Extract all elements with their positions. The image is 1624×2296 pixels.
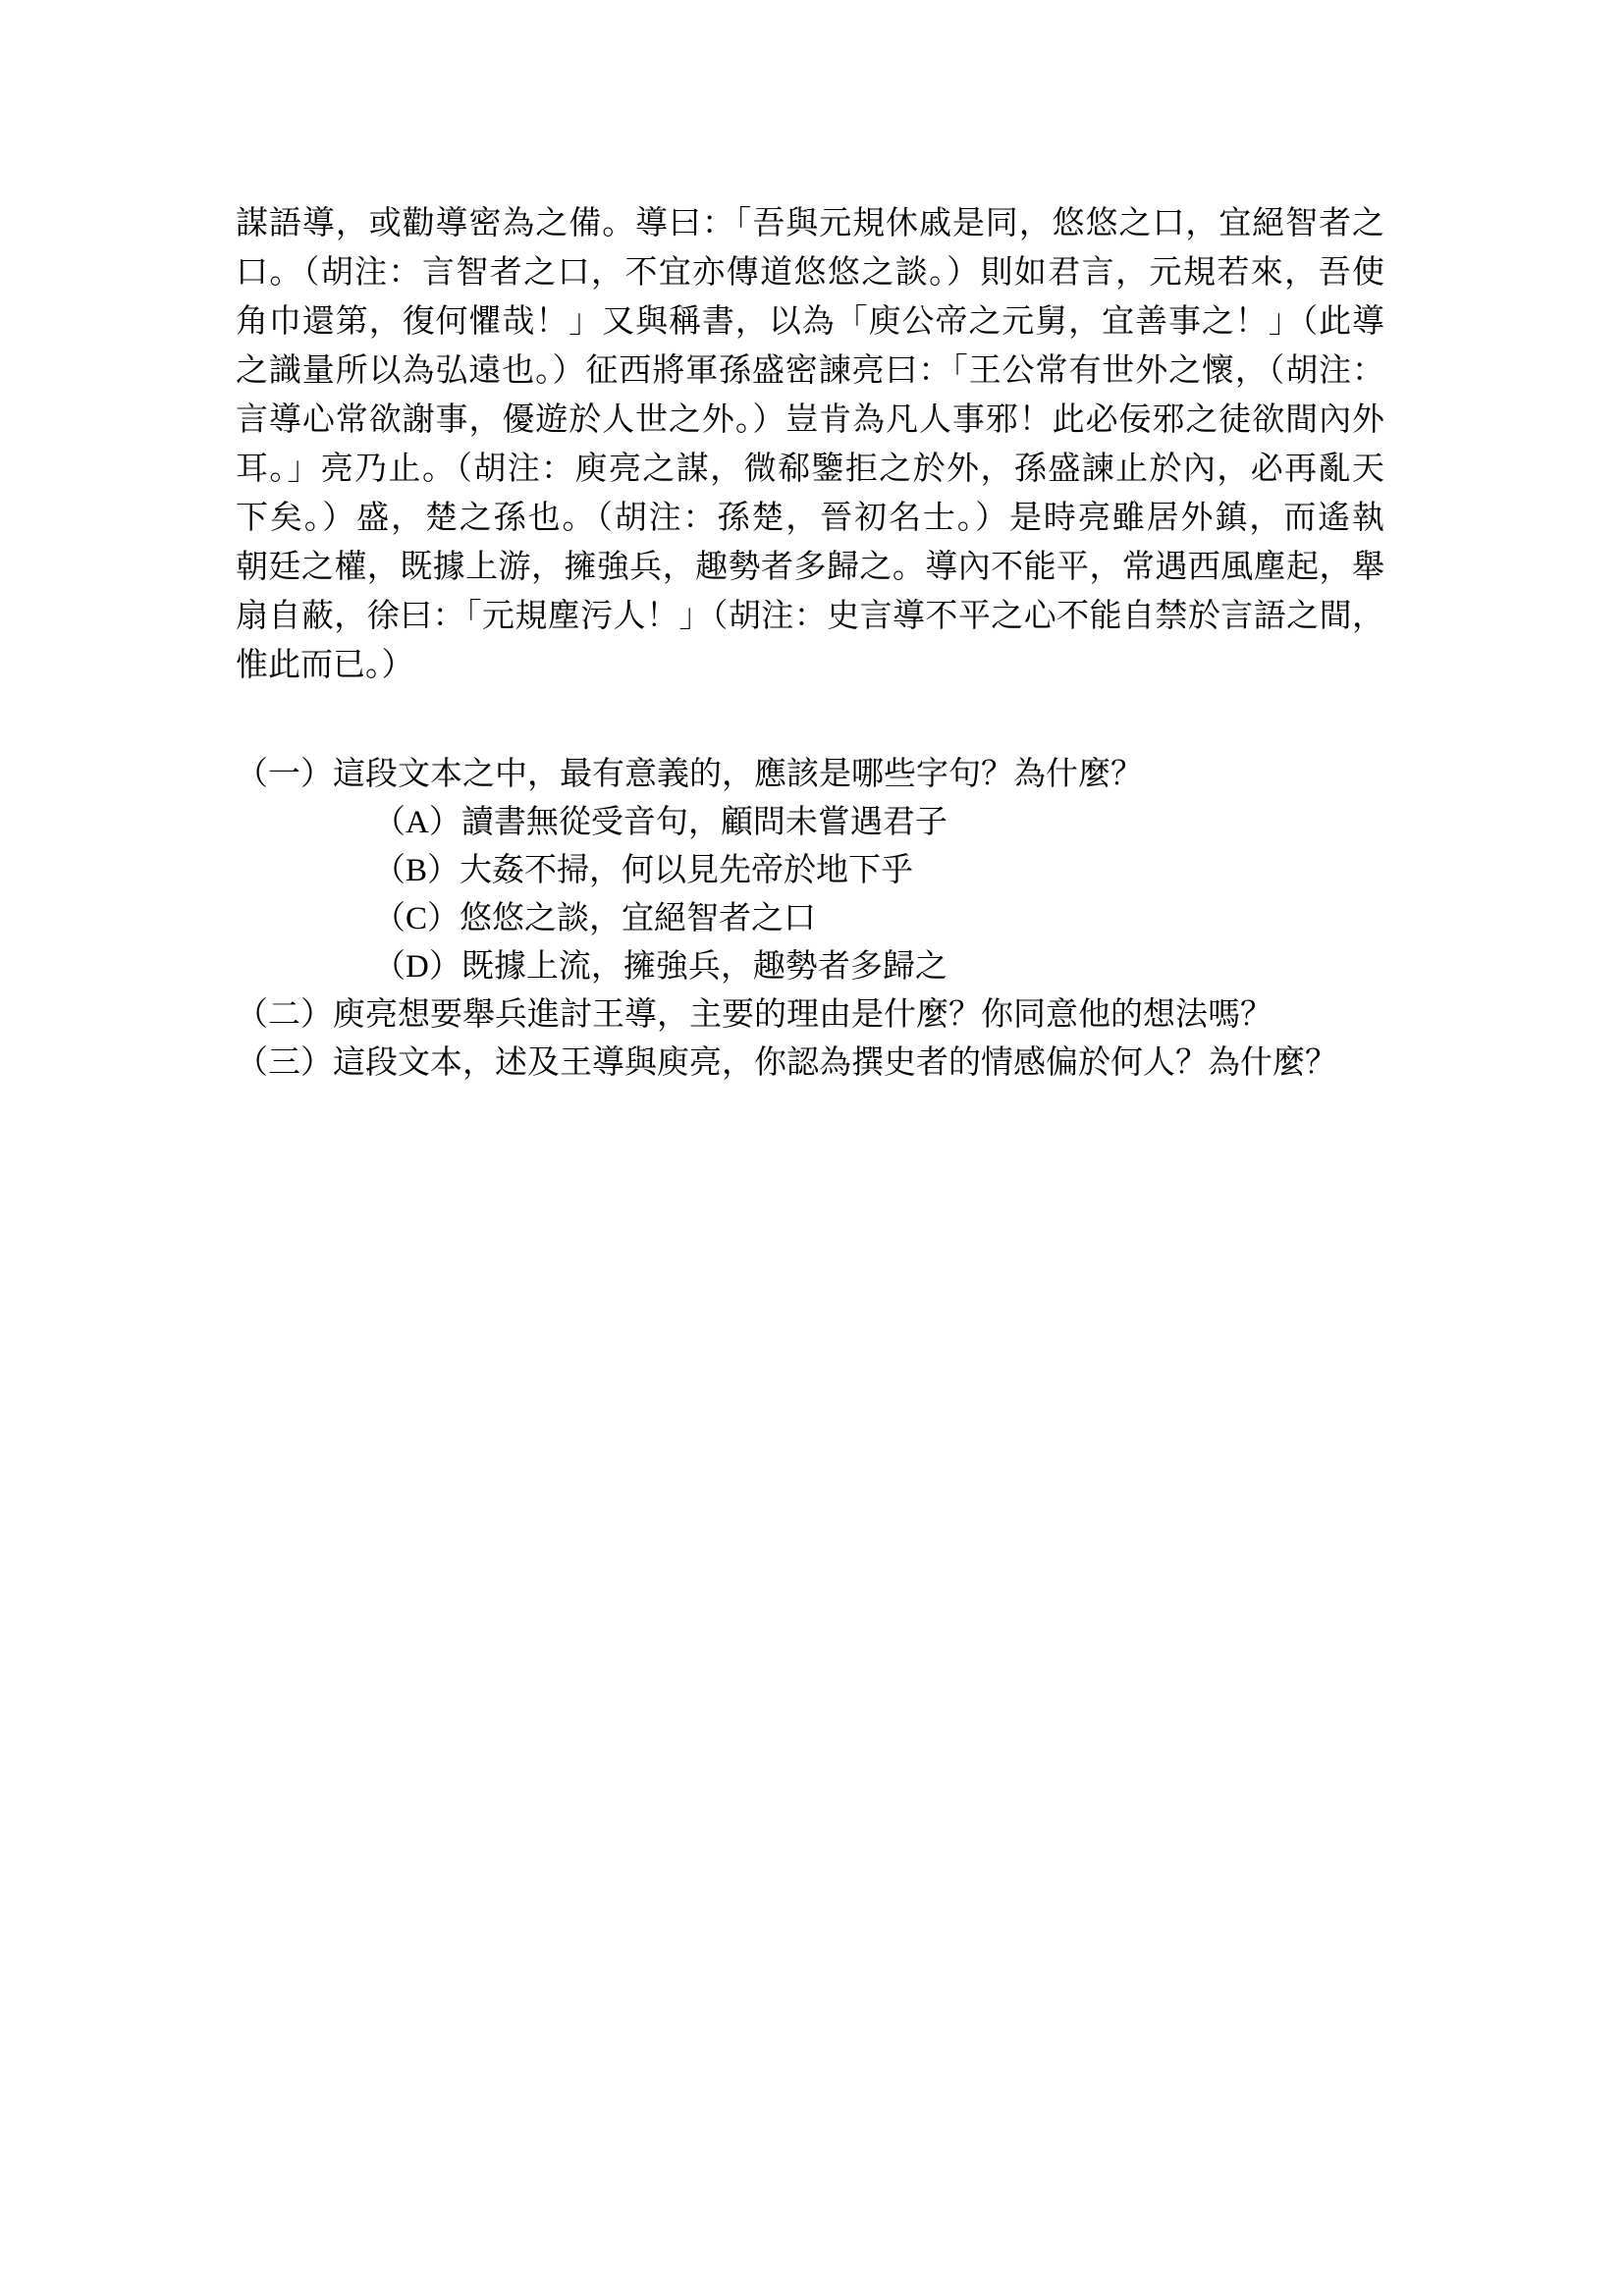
- question-2: （二）庾亮想要舉兵進討王導，主要的理由是什麼？你同意他的想法嗎？: [236, 991, 1384, 1040]
- question-3: （三）這段文本，述及王導與庾亮，你認為撰史者的情感偏於何人？為什麼？: [236, 1040, 1384, 1088]
- question-1-option-A: （A）讀書無從受音句，顧問未嘗遇君子: [236, 799, 1384, 847]
- question-number: （二）: [236, 997, 333, 1033]
- text-block: 謀語導，或勸導密為之備。導曰：「吾與元規休戚是同，悠悠之口，宜絕智者之口。（胡注…: [236, 199, 1384, 1088]
- paragraph-line: 言導心常欲謝事，優遊於人世之外。）豈肯為凡人事邪！此必佞邪之徒欲間內外: [236, 396, 1384, 445]
- question-1-option-B: （B）大姦不掃，何以見先帝於地下乎: [236, 847, 1384, 895]
- question-text: 庾亮想要舉兵進討王導，主要的理由是什麼？你同意他的想法嗎？: [333, 997, 1272, 1033]
- paragraph-line: 扇自蔽，徐曰：「元規塵污人！」（胡注：史言導不平之心不能自禁於言語之間，: [236, 592, 1384, 641]
- question-number: （一）: [236, 757, 333, 792]
- option-letter: （B）: [373, 853, 460, 888]
- option-text: 既據上流，擁強兵，趣勢者多歸之: [461, 949, 947, 985]
- paragraph-line: 之識量所以為弘遠也。）征西將軍孫盛密諫亮曰：「王公常有世外之懷，（胡注：: [236, 347, 1384, 396]
- paragraph-line: 耳。」亮乃止。（胡注：庾亮之謀，微郗鑒拒之於外，孫盛諫止於內，必再亂天: [236, 445, 1384, 494]
- option-letter: （A）: [373, 805, 461, 840]
- option-text: 大姦不掃，何以見先帝於地下乎: [460, 853, 913, 888]
- paragraph-line: 謀語導，或勸導密為之備。導曰：「吾與元規休戚是同，悠悠之口，宜絕智者之: [236, 199, 1384, 248]
- option-text: 讀書無從受音句，顧問未嘗遇君子: [461, 805, 947, 840]
- classical-text-paragraph: 謀語導，或勸導密為之備。導曰：「吾與元規休戚是同，悠悠之口，宜絕智者之口。（胡注…: [236, 199, 1384, 690]
- document-page: 謀語導，或勸導密為之備。導曰：「吾與元規休戚是同，悠悠之口，宜絕智者之口。（胡注…: [0, 0, 1624, 2296]
- question-1: （一）這段文本之中，最有意義的，應該是哪些字句？為什麼？: [236, 751, 1384, 799]
- question-1-option-C: （C）悠悠之談，宜絕智者之口: [236, 895, 1384, 943]
- option-text: 悠悠之談，宜絕智者之口: [460, 901, 816, 936]
- question-1-option-D: （D）既據上流，擁強兵，趣勢者多歸之: [236, 943, 1384, 991]
- option-letter: （C）: [373, 901, 460, 936]
- option-letter: （D）: [373, 949, 461, 985]
- paragraph-line: 朝廷之權，既據上游，擁強兵，趣勢者多歸之。導內不能平，常遇西風塵起，舉: [236, 543, 1384, 592]
- paragraph-line: 口。（胡注：言智者之口，不宜亦傳道悠悠之談。）則如君言，元規若來，吾使: [236, 248, 1384, 297]
- paragraph-line: 角巾還第，復何懼哉！」又與稱書，以為「庾公帝之元舅，宜善事之！」（此導: [236, 297, 1384, 347]
- question-number: （三）: [236, 1045, 333, 1081]
- question-text: 這段文本，述及王導與庾亮，你認為撰史者的情感偏於何人？為什麼？: [333, 1045, 1337, 1081]
- questions-section: （一）這段文本之中，最有意義的，應該是哪些字句？為什麼？（A）讀書無從受音句，顧…: [236, 751, 1384, 1088]
- paragraph-line: 下矣。）盛，楚之孫也。（胡注：孫楚，晉初名士。）是時亮雖居外鎮，而遙執: [236, 494, 1384, 543]
- question-text: 這段文本之中，最有意義的，應該是哪些字句？為什麼？: [333, 757, 1143, 792]
- paragraph-line: 惟此而已。）: [236, 641, 1384, 690]
